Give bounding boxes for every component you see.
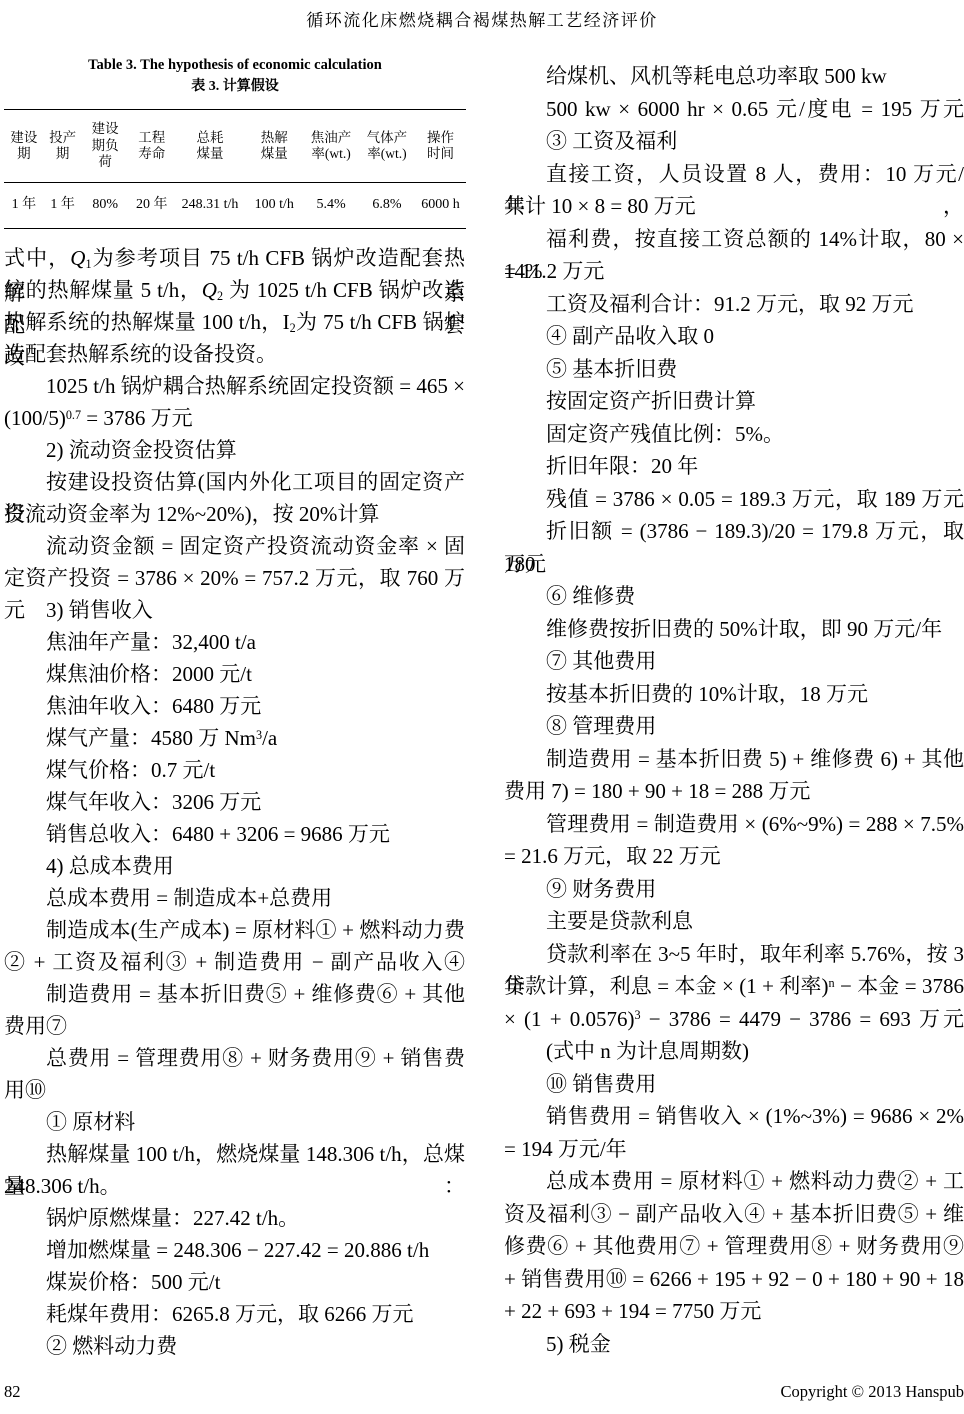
text-line: 折旧额 = (3786 − 189.3)/20 = 179.8 万元，取 180 xyxy=(504,515,964,548)
text-line: 贷款计算，利息 = 本金 × (1 + 利率)n − 本金 = 3786 xyxy=(504,970,964,1003)
table-caption-en: Table 3. The hypothesis of economic calc… xyxy=(4,56,466,74)
text-line: 增加燃煤量 = 248.306 − 227.42 = 20.886 t/h xyxy=(4,1234,465,1266)
text-line: 按建设投资估算(国内外化工项目的固定资产投 xyxy=(4,466,465,498)
text-line: 制造成本(生产成本) = 原材料① + 燃料动力费 xyxy=(4,914,465,946)
text-line: 直接工资，人员设置 8 人，费用：10 万元/年， xyxy=(504,158,964,191)
text-line: 煤炭价格：500 元/t xyxy=(4,1266,465,1298)
text-line: 残值 = 3786 × 0.05 = 189.3 万元，取 189 万元 xyxy=(504,483,964,516)
text-line: × (1 + 0.0576)3 − 3786 = 4479 − 3786 = 6… xyxy=(504,1003,964,1036)
text-line: 锅炉原燃煤量：227.42 t/h。 xyxy=(4,1202,465,1234)
text-line: (式中 n 为计息周期数) xyxy=(504,1035,964,1068)
text-line: 热解煤量 100 t/h，燃烧煤量 148.306 t/h，总煤量： xyxy=(4,1138,465,1170)
text-line: ⑧ 管理费用 xyxy=(504,710,964,743)
text-line: 煤焦油价格：2000 元/t xyxy=(4,658,465,690)
text-line: + 销售费用⑩ = 6266 + 195 + 92 − 0 + 180 + 90… xyxy=(504,1263,964,1296)
text-line: 万元 xyxy=(504,548,964,581)
text-line: 费用⑦ xyxy=(4,1010,465,1042)
left-text-column: 式中，Q1为参考项目 75 t/h CFB 锅炉改造配套热解系统的热解煤量 5 … xyxy=(4,242,465,1362)
text-line: 制造费用 = 基本折旧费⑤ + 维修费⑥ + 其他 xyxy=(4,978,465,1010)
text-line: 式中，Q1为参考项目 75 t/h CFB 锅炉改造配套热解系 xyxy=(4,242,465,274)
right-text-column: 给煤机、风机等耗电总功率取 500 kw500 kw × 6000 hr × 0… xyxy=(504,60,964,1360)
text-line: 总成本费用 = 原材料① + 燃料动力费② + 工 xyxy=(504,1165,964,1198)
table-header-cell: 操作 时间 xyxy=(415,130,466,163)
text-line: 热解系统的热解煤量 100 t/h，I2为 75 t/h CFB 锅炉改 xyxy=(4,306,465,338)
text-line: ② + 工资及福利③ + 制造费用 − 副产品收入④ xyxy=(4,946,465,978)
table-cell: 20 年 xyxy=(129,197,175,214)
text-line: 总成本费用 = 制造成本+总费用 xyxy=(4,882,465,914)
text-line: ③ 工资及福利 xyxy=(504,125,964,158)
table3-block: Table 3. The hypothesis of economic calc… xyxy=(4,56,466,229)
table-cell: 6000 h xyxy=(415,197,466,214)
table-header-cell: 热解 煤量 xyxy=(245,130,303,163)
text-line: 折旧年限：20 年 xyxy=(504,450,964,483)
text-line: 资及福利③ − 副产品收入④ + 基本折旧费⑤ + 维 xyxy=(504,1198,964,1231)
text-line: 统的热解煤量 5 t/h，Q2 为 1025 t/h CFB 锅炉改造配套 xyxy=(4,274,465,306)
text-line: ⑤ 基本折旧费 xyxy=(504,353,964,386)
table-header-cell: 建设 期 xyxy=(4,130,44,163)
text-line: = 21.6 万元，取 22 万元 xyxy=(504,840,964,873)
text-line: ① 原材料 xyxy=(4,1106,465,1138)
text-line: 煤气年收入：3206 万元 xyxy=(4,786,465,818)
text-line: 用⑩ xyxy=(4,1074,465,1106)
text-line: 工资及福利合计：91.2 万元，取 92 万元 xyxy=(504,288,964,321)
text-line: 定资产投资 = 3786 × 20% = 757.2 万元，取 760 万元 xyxy=(4,562,465,594)
page-number: 82 xyxy=(4,1382,21,1402)
table-cell: 6.8% xyxy=(359,197,415,214)
table-header-cell: 总耗 煤量 xyxy=(175,130,245,163)
text-line: ⑥ 维修费 xyxy=(504,580,964,613)
text-line: 耗煤年费用：6265.8 万元，取 6266 万元 xyxy=(4,1298,465,1330)
text-line: = 194 万元/年 xyxy=(504,1133,964,1166)
text-line: 煤气价格：0.7 元/t xyxy=(4,754,465,786)
table-header-cell: 投产 期 xyxy=(44,130,82,163)
text-line: 给煤机、风机等耗电总功率取 500 kw xyxy=(504,60,964,93)
text-line: 福利费，按直接工资总额的 14%计取，80 × 14% xyxy=(504,223,964,256)
text-line: 固定资产残值比例：5%。 xyxy=(504,418,964,451)
page-footer: 82 Copyright © 2013 Hanspub xyxy=(4,1382,964,1402)
text-line: 费用 7) = 180 + 90 + 18 = 288 万元 xyxy=(504,775,964,808)
text-line: 500 kw × 6000 hr × 0.65 元/度电 = 195 万元 xyxy=(504,93,964,126)
table-cell: 5.4% xyxy=(303,197,358,214)
hypothesis-table: 建设 期投产 期建设 期负 荷工程 寿命总耗 煤量热解 煤量焦油产 率(wt.)… xyxy=(4,109,466,229)
text-line: 销售总收入：6480 + 3206 = 9686 万元 xyxy=(4,818,465,850)
text-line: 5) 税金 xyxy=(504,1328,964,1361)
text-line: 煤气产量：4580 万 Nm3/a xyxy=(4,722,465,754)
table-header-cell: 焦油产 率(wt.) xyxy=(303,130,358,163)
table-cell: 100 t/h xyxy=(245,197,303,214)
text-line: 制造费用 = 基本折旧费 5) + 维修费 6) + 其他 xyxy=(504,743,964,776)
table-header-cell: 工程 寿命 xyxy=(129,130,175,163)
text-line: 按基本折旧费的 10%计取，18 万元 xyxy=(504,678,964,711)
page-header-title: 循环流化床燃烧耦合褐煤热解工艺经济评价 xyxy=(0,6,964,31)
text-line: 4) 总成本费用 xyxy=(4,850,465,882)
table-value-row: 1 年1 年80%20 年248.31 t/h100 t/h5.4%6.8%60… xyxy=(4,183,466,228)
text-line: = 11.2 万元 xyxy=(504,255,964,288)
text-line: ② 燃料动力费 xyxy=(4,1330,465,1362)
text-line: 维修费按折旧费的 50%计取，即 90 万元/年 xyxy=(504,613,964,646)
table-cell: 1 年 xyxy=(4,197,44,214)
text-line: 修费⑥ + 其他费用⑦ + 管理费用⑧ + 财务费用⑨ xyxy=(504,1230,964,1263)
text-line: 焦油年收入：6480 万元 xyxy=(4,690,465,722)
text-line: 按固定资产折旧费计算 xyxy=(504,385,964,418)
paper-page: 循环流化床燃烧耦合褐煤热解工艺经济评价 Table 3. The hypothe… xyxy=(0,0,964,1414)
text-line: 资流动资金率为 12%~20%)，按 20%计算 xyxy=(4,498,465,530)
text-line: (100/5)0.7 = 3786 万元 xyxy=(4,402,465,434)
table-cell: 1 年 xyxy=(44,197,82,214)
table-header-cell: 建设 期负 荷 xyxy=(82,121,129,171)
text-line: + 22 + 693 + 194 = 7750 万元 xyxy=(504,1295,964,1328)
text-line: 焦油年产量：32,400 t/a xyxy=(4,626,465,658)
text-line: ⑩ 销售费用 xyxy=(504,1068,964,1101)
table-header-cell: 气体产 率(wt.) xyxy=(359,130,415,163)
table-header-row: 建设 期投产 期建设 期负 荷工程 寿命总耗 煤量热解 煤量焦油产 率(wt.)… xyxy=(4,110,466,183)
table-caption-zh: 表 3. 计算假设 xyxy=(4,78,466,96)
text-line: 总费用 = 管理费用⑧ + 财务费用⑨ + 销售费 xyxy=(4,1042,465,1074)
text-line: 1025 t/h 锅炉耦合热解系统固定投资额 = 465 × xyxy=(4,370,465,402)
text-line: 贷款利率在 3~5 年时，取年利率 5.76%，按 3 年 xyxy=(504,938,964,971)
text-line: 流动资金额 = 固定资产投资流动资金率 × 固 xyxy=(4,530,465,562)
text-line: ④ 副产品收入取 0 xyxy=(504,320,964,353)
text-line: 2) 流动资金投资估算 xyxy=(4,434,465,466)
text-line: ⑨ 财务费用 xyxy=(504,873,964,906)
text-line: 管理费用 = 制造费用 × (6%~9%) = 288 × 7.5% xyxy=(504,808,964,841)
table-cell: 248.31 t/h xyxy=(175,197,245,214)
text-line: 3) 销售收入 xyxy=(4,594,465,626)
text-line: 主要是贷款利息 xyxy=(504,905,964,938)
copyright-text: Copyright © 2013 Hanspub xyxy=(781,1382,964,1402)
table-cell: 80% xyxy=(82,197,129,214)
text-line: 销售费用 = 销售收入 × (1%~3%) = 9686 × 2% xyxy=(504,1100,964,1133)
text-line: 造配套热解系统的设备投资。 xyxy=(4,338,465,370)
text-line: ⑦ 其他费用 xyxy=(504,645,964,678)
